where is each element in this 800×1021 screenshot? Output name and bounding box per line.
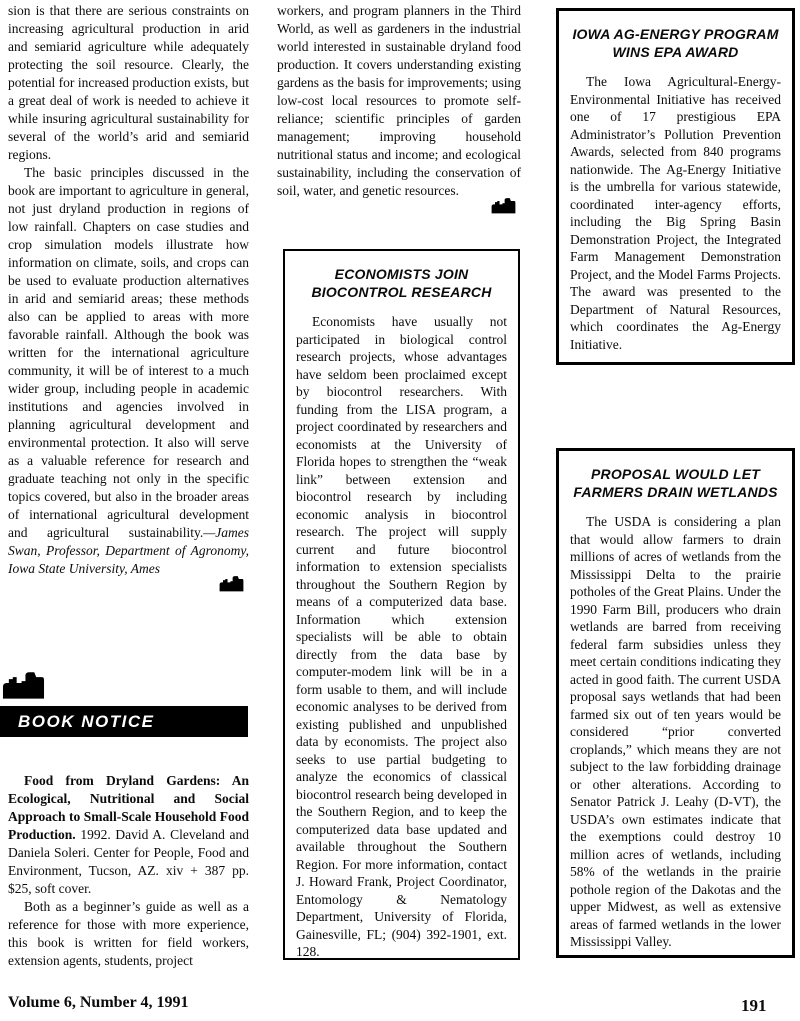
left-paragraph-1: sion is that there are serious constrain… <box>8 2 249 164</box>
tractor-icon <box>2 670 45 700</box>
section-divider-marker <box>2 670 45 705</box>
wetlands-proposal-box: PROPOSAL WOULD LET FARMERS DRAIN WETLAND… <box>556 448 795 958</box>
wetlands-box-body: The USDA is considering a plan that woul… <box>570 513 781 951</box>
economists-box-body: Economists have usually not participated… <box>296 313 507 960</box>
left-column: sion is that there are serious constrain… <box>8 2 249 597</box>
scanned-journal-page: sion is that there are serious constrain… <box>0 0 800 1021</box>
footer-volume-label: Volume 6, Number 4, 1991 <box>8 994 188 1012</box>
title-line-2: FARMERS DRAIN WETLANDS <box>570 483 781 501</box>
tractor-icon <box>490 197 517 214</box>
iowa-ag-energy-box: IOWA AG-ENERGY PROGRAM WINS EPA AWARD Th… <box>556 8 795 365</box>
wetlands-box-title: PROPOSAL WOULD LET FARMERS DRAIN WETLAND… <box>570 465 781 501</box>
book-citation: Food from Dryland Gardens: An Ecological… <box>8 772 249 898</box>
iowa-box-title: IOWA AG-ENERGY PROGRAM WINS EPA AWARD <box>570 25 781 61</box>
economists-box-title: ECONOMISTS JOIN BIOCONTROL RESEARCH <box>296 265 507 301</box>
end-of-article-marker <box>277 197 521 219</box>
footer-page-number: 191 <box>741 996 767 1016</box>
middle-column: workers, and program planners in the Thi… <box>277 2 521 219</box>
left-paragraph-2: The basic principles discussed in the bo… <box>8 164 249 578</box>
title-line-1: ECONOMISTS JOIN <box>296 265 507 283</box>
middle-paragraph-1: workers, and program planners in the Thi… <box>277 2 521 200</box>
tractor-icon <box>218 575 245 592</box>
book-notice-paragraph: Both as a beginner’s guide as well as a … <box>8 898 249 970</box>
title-line-2: BIOCONTROL RESEARCH <box>296 283 507 301</box>
title-line-1: IOWA AG-ENERGY PROGRAM <box>570 25 781 43</box>
title-line-1: PROPOSAL WOULD LET <box>570 465 781 483</box>
end-of-article-marker <box>8 575 249 597</box>
book-notice-section: Food from Dryland Gardens: An Ecological… <box>8 772 249 970</box>
book-notice-banner-label: BOOK NOTICE <box>18 712 154 732</box>
iowa-box-body: The Iowa Agricultural-Energy-Environment… <box>570 73 781 353</box>
title-line-2: WINS EPA AWARD <box>570 43 781 61</box>
book-notice-banner: BOOK NOTICE <box>0 706 248 737</box>
economists-biocontrol-box: ECONOMISTS JOIN BIOCONTROL RESEARCH Econ… <box>283 249 520 960</box>
